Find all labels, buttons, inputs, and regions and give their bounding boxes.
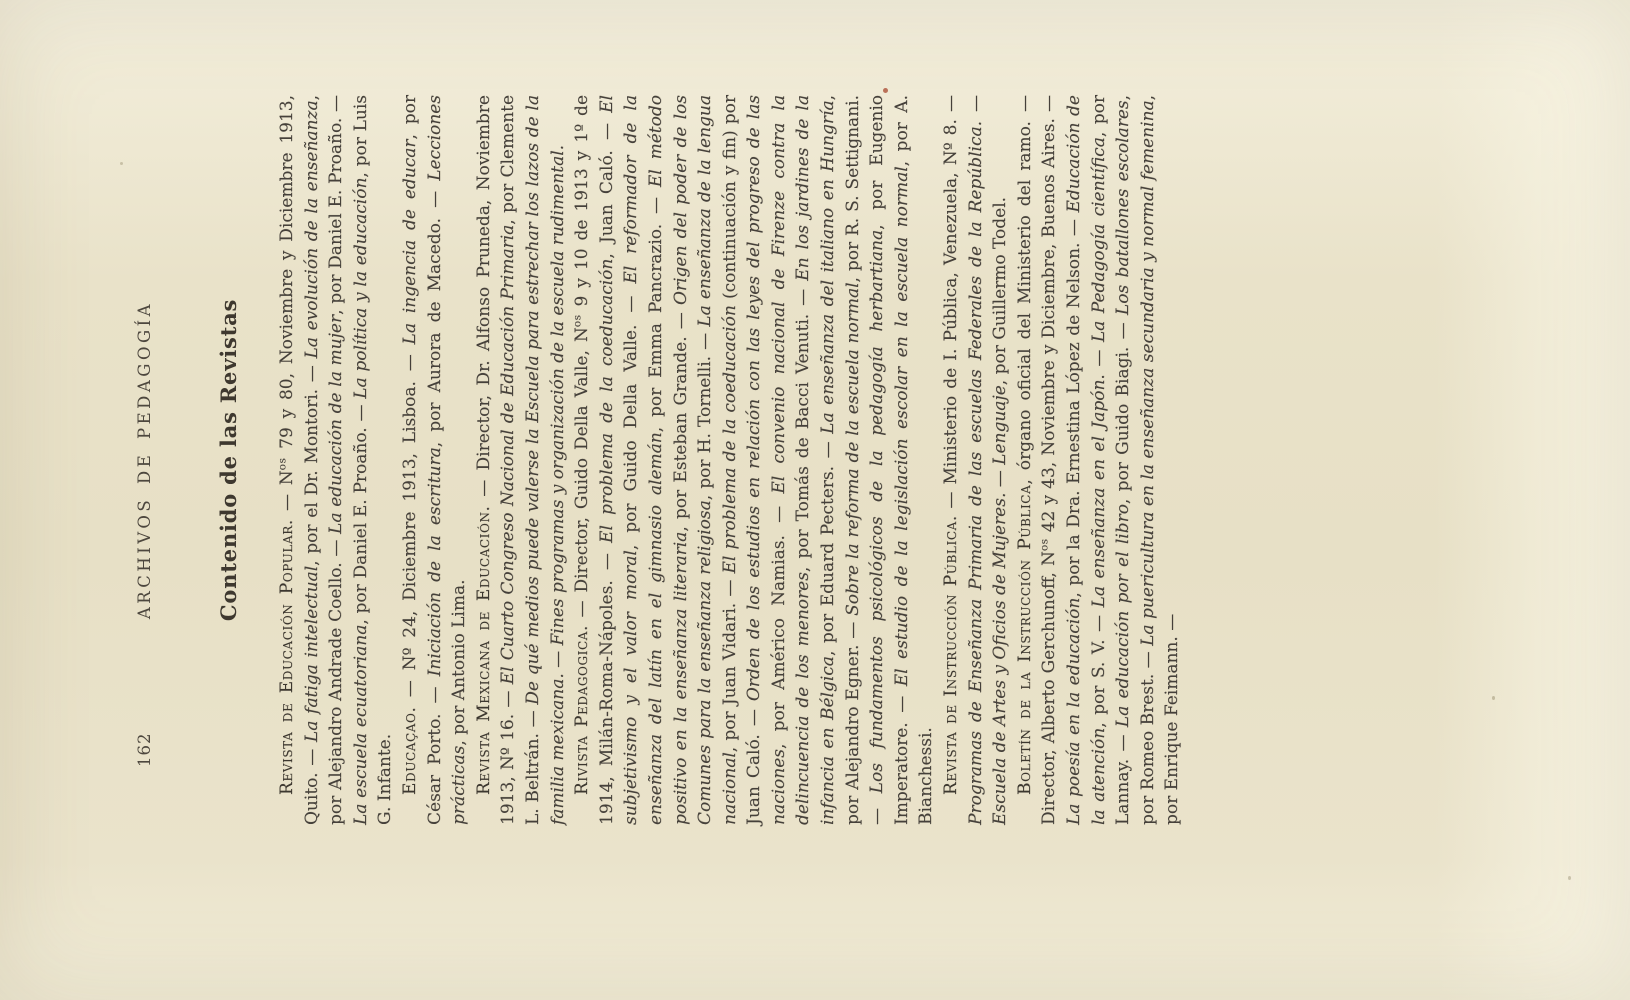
text-segment-r: , por Guido Della Valle. — (621, 284, 641, 550)
text-segment-i: El problema de la coeducación (597, 259, 617, 543)
text-segment-i: La evolución de la enseñanza (302, 100, 322, 358)
text-segment-i: La fatiga intelectual (302, 566, 322, 742)
text-segment-i: Iniciación de la escritura (425, 447, 445, 676)
text-segment-i: La educación de la mujer (326, 315, 346, 534)
page-content: 162 ARCHIVOS DE PEDAGOGÍA Contenido de l… (0, 0, 1185, 1000)
paragraph: Rivista Pedagogica. — Director, Guido De… (570, 95, 939, 825)
text-segment-i: La ingencia de educar (400, 140, 420, 345)
paragraph: Revista Mexicana de Educación. — Directo… (472, 95, 570, 825)
text-segment-r: , por la Dra. Ernestina López de Nelson.… (1064, 213, 1084, 598)
text-segment-r: , por Tomás de Bacci Venuti. — (793, 281, 813, 572)
text-segment-sc: Revista Mexicana de Educación (474, 511, 494, 795)
text-segment-r: , por S. V. — (1089, 607, 1109, 727)
text-segment-i: La política y la educación (351, 178, 371, 399)
text-segment-r: . — N (277, 470, 297, 525)
text-segment-r: , por Américo Namias. — (769, 494, 789, 749)
text-segment-r: , por Emma Pancrazio. — (646, 187, 666, 432)
text-segment-r: . — (1089, 342, 1109, 379)
book-page: 162 ARCHIVOS DE PEDAGOGÍA Contenido de l… (0, 0, 1630, 1000)
text-segment-r: , por Daniel E. Proaño. — (351, 399, 371, 625)
text-segment-i: El problema de la coeducación (720, 305, 740, 573)
text-segment-sup: os (1039, 538, 1051, 551)
text-segment-r: . — Director, Guido Della Valle, N (572, 327, 592, 631)
running-head: 162 ARCHIVOS DE PEDAGOGÍA (135, 95, 161, 825)
text-segment-i: Los fundamentos psicológicos de la pedag… (867, 230, 887, 793)
text-segment-r: , por el Dr. Montori. — (302, 359, 322, 566)
text-segment-r: , por Eduard Pecters. — (818, 434, 838, 656)
text-segment-r: 42 y 43, Noviembre y Diciembre, Buenos A… (1039, 95, 1059, 538)
text-segment-sc: Boletín de la Instrucción Pública (1015, 485, 1035, 795)
text-segment-sup: os (571, 315, 583, 328)
scanned-page-viewport: 162 ARCHIVOS DE PEDAGOGÍA Contenido de l… (0, 0, 1630, 1000)
text-segment-r: , por Antonio Lima. (449, 580, 469, 746)
paragraph: Revista de Educación Popular. — Nos 79 y… (275, 95, 398, 825)
section-title: Contenido de las Revistas (216, 95, 241, 825)
text-segment-r: , por Guillermo Todel. (990, 197, 1010, 385)
text-segment-sc: Revista de Instrucción Pública (941, 521, 961, 795)
text-segment-i: La enseñanza del italiano en Hungría (818, 100, 838, 433)
text-segment-i: La educación por el libro (1113, 504, 1133, 727)
text-segment-r: , Juan Caló. — (597, 113, 617, 259)
text-segment-i: Sobre la reforma de la escuela normal (843, 282, 863, 615)
text-segment-r: , por Aurora de Macedo. — (425, 181, 445, 447)
text-segment-r: , por Daniel E. Proaño. — (326, 95, 346, 315)
text-segment-r: , por Guido Biagi. — (1113, 315, 1133, 504)
content-paragraphs: Revista de Educación Popular. — Nos 79 y… (275, 95, 1185, 825)
paragraph: Educaçao. — Nº 24, Diciembre 1913, Lisbo… (398, 95, 472, 825)
journal-header: ARCHIVOS DE PEDAGOGÍA (135, 95, 154, 825)
paragraph: Revista de Instrucción Pública. — Minist… (939, 95, 1013, 825)
text-segment-i: El estudio de la legislación escolar en … (892, 166, 912, 686)
text-segment-sc: Rivista Pedagogica (572, 631, 592, 795)
text-segment-r: , por Esteban Grande. — (671, 305, 691, 532)
paper-speck (1492, 696, 1495, 700)
text-segment-i: La enseñanza en el Japón (1089, 380, 1109, 608)
text-segment-r: . — Ministerio de I. Pública, Venezuela,… (941, 95, 961, 521)
text-segment-i: El Cuarto Congreso Nacional de Educación… (498, 225, 518, 685)
text-segment-sup: os (276, 458, 288, 471)
text-segment-i: La Pedagogía científica (1089, 137, 1109, 342)
paper-speck (1568, 876, 1571, 880)
text-segment-sc: Educaçao (400, 713, 420, 795)
text-segment-r: . — Nº 24, Diciembre 1913, Lisboa. — (400, 344, 420, 712)
text-segment-i: La poesía en la educación (1064, 598, 1084, 825)
text-segment-i: La escuela ecuatoriana (351, 625, 371, 825)
page-number: 162 (135, 733, 154, 768)
text-segment-i: Los batallones escolares (1113, 100, 1133, 315)
text-segment-i: La puericultura en la enseñanza secundar… (1138, 100, 1158, 645)
text-segment-r: , por Juan Vidari. — (720, 574, 740, 753)
paragraph: Boletín de la Instrucción Pública, órgan… (1013, 95, 1185, 825)
text-segment-sc: Revista de Educación Popular (277, 525, 297, 795)
text-segment-r: , por H. Tornelli. — (695, 327, 715, 501)
